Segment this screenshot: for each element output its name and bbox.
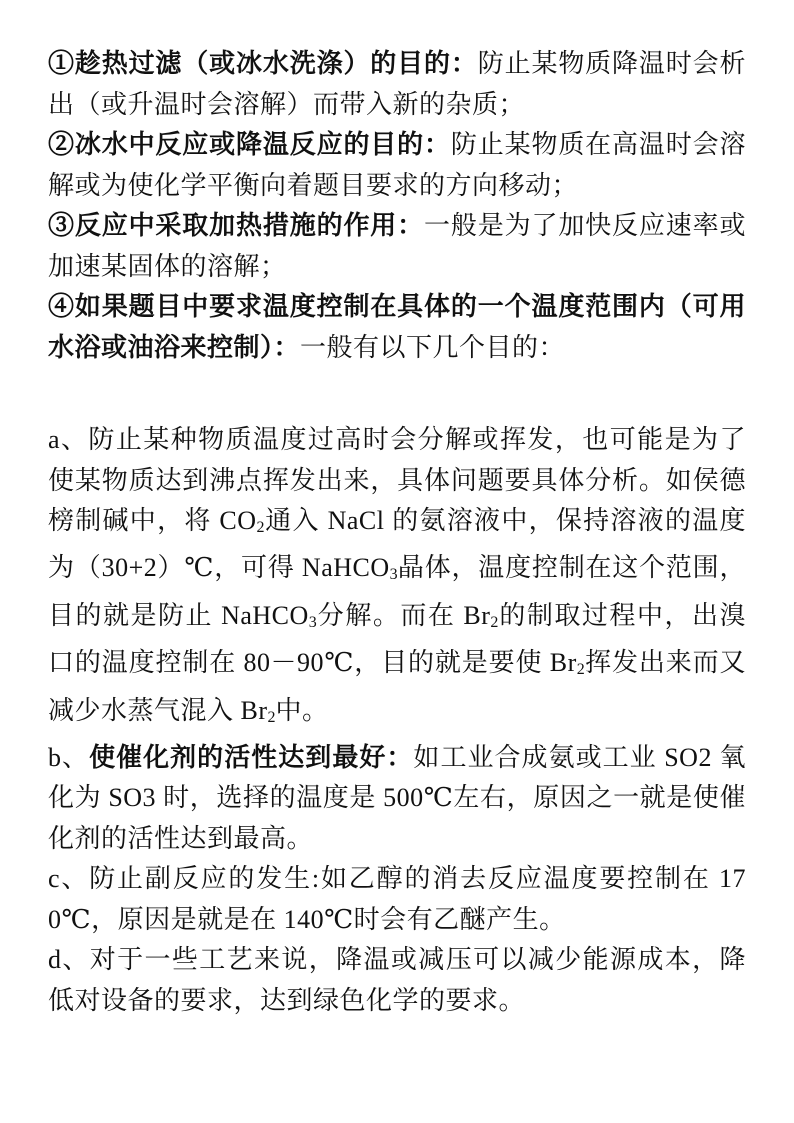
text-run-bold: ②冰水中反应或降温反应的目的： (48, 130, 451, 159)
document-body: ①趁热过滤（或冰水洗涤）的目的：防止某物质降温时会析出（或升温时会溶解）而带入新… (48, 44, 746, 1021)
text-run: c、防止副反应的发生:如乙醇的消去反应温度要控制在 170℃，原因是就是在 14… (48, 864, 746, 934)
text-run: 一般有以下几个目的： (300, 333, 565, 362)
text-run-subscript: 3 (390, 566, 398, 583)
paragraph-item-1: ①趁热过滤（或冰水洗涤）的目的：防止某物质降温时会析出（或升温时会溶解）而带入新… (48, 44, 746, 125)
text-run-subscript: 2 (257, 519, 265, 536)
text-run-bold: ①趁热过滤（或冰水洗涤）的目的： (48, 49, 478, 78)
paragraph-item-c: c、防止副反应的发生:如乙醇的消去反应温度要控制在 170℃，原因是就是在 14… (48, 859, 746, 940)
paragraph-item-3: ③反应中采取加热措施的作用：一般是为了加快反应速率或加速某固体的溶解； (48, 206, 746, 287)
text-run: d、对于一些工艺来说，降温或减压可以减少能源成本，降低对设备的要求，达到绿色化学… (48, 945, 746, 1015)
text-run-bold: 使催化剂的活性达到最好： (89, 743, 413, 772)
text-run: b、 (48, 743, 89, 772)
paragraph-item-b: b、使催化剂的活性达到最好：如工业合成氨或工业 SO2 氧化为 SO3 时，选择… (48, 738, 746, 860)
text-run: 中。 (276, 696, 329, 725)
paragraph-item-4: ④如果题目中要求温度控制在具体的一个温度范围内（可用水浴或油浴来控制）：一般有以… (48, 287, 746, 368)
text-run-bold: ③反应中采取加热措施的作用： (48, 211, 424, 240)
text-run: 分解。而在 Br (317, 601, 491, 630)
paragraph-item-2: ②冰水中反应或降温反应的目的：防止某物质在高温时会溶解或为使化学平衡向着题目要求… (48, 125, 746, 206)
paragraph-item-a: a、防止某种物质温度过高时会分解或挥发，也可能是为了使某物质达到沸点挥发出来，具… (48, 420, 746, 738)
text-run-subscript: 2 (577, 661, 585, 678)
paragraph-item-d: d、对于一些工艺来说，降温或减压可以减少能源成本，降低对设备的要求，达到绿色化学… (48, 940, 746, 1021)
document-page: ①趁热过滤（或冰水洗涤）的目的：防止某物质降温时会析出（或升温时会溶解）而带入新… (0, 0, 794, 1123)
text-run-subscript: 3 (309, 614, 317, 631)
text-run-subscript: 2 (268, 708, 276, 725)
